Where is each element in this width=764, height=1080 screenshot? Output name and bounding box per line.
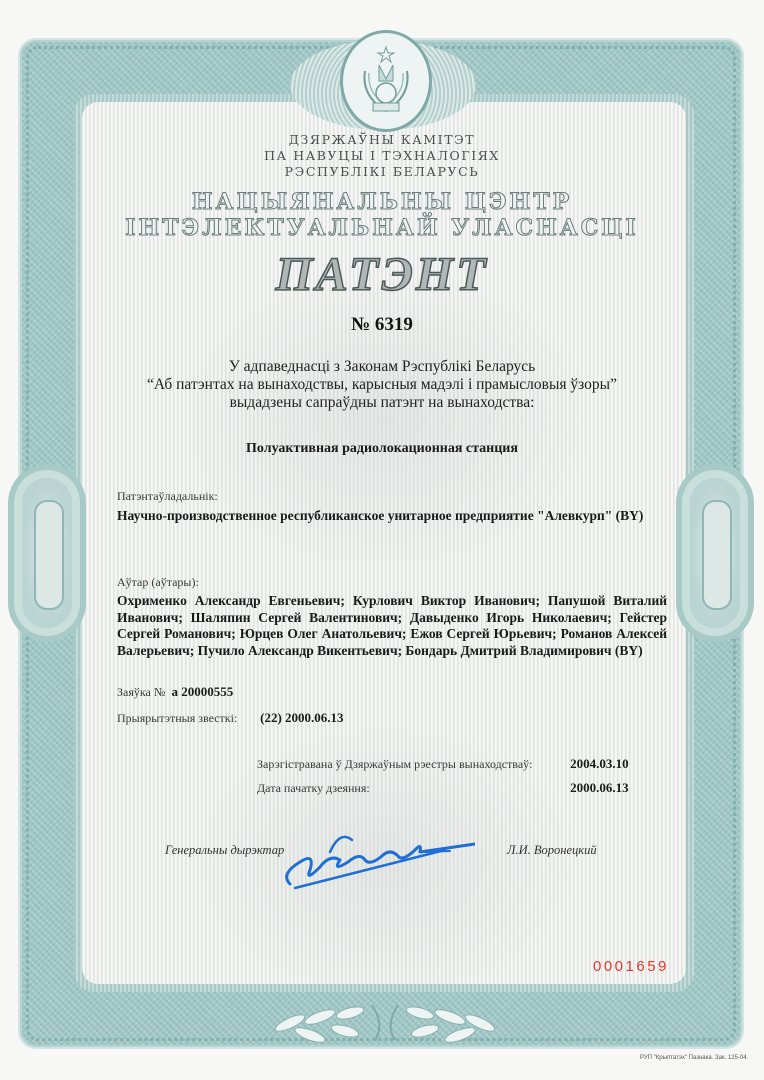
serial-number: 0001659: [593, 958, 669, 975]
director-title: Генеральны дырэктар: [165, 843, 284, 858]
belarus-coat-of-arms-icon: [340, 30, 432, 132]
printer-note: РУП "Крыптатэх" Пазнака. Зак. 125-04.: [640, 1055, 748, 1061]
law-line: У адпаведнасці з Законам Рэспублікі Бела…: [0, 358, 764, 376]
authors-value: Охрименко Александр Евгеньевич; Курлович…: [117, 593, 667, 659]
patent-holder-section: Патэнтаўладальнік: Научно-производственн…: [117, 489, 667, 525]
application-label: Заяўка №: [117, 685, 165, 699]
law-line: выдадзены сапраўдны патэнт на вынаходств…: [0, 394, 764, 412]
patent-holder-label: Патэнтаўладальнік:: [117, 489, 667, 504]
committee-line: ПА НАВУЦЫ І ТЭХНАЛОГІЯХ: [0, 148, 764, 164]
patent-holder-value: Научно-производственное республиканское …: [117, 508, 667, 525]
authors-section: Аўтар (аўтары): Охрименко Александр Евге…: [117, 575, 667, 659]
patent-number: № 6319: [0, 314, 764, 336]
law-line: “Аб патэнтах на вынаходствы, карысныя ма…: [0, 376, 764, 394]
right-medallion-ornament: [690, 478, 740, 628]
application-number: a 20000555: [172, 684, 234, 699]
registration-row: Зарэгістравана ў Дзяржаўным рэестры вына…: [257, 756, 667, 772]
left-medallion-ornament: [22, 478, 72, 628]
director-name: Л.И. Воронецкий: [507, 843, 597, 858]
invention-title: Полуактивная радиолокационная станция: [0, 441, 764, 457]
law-statement: У адпаведнасці з Законам Рэспублікі Бела…: [0, 358, 764, 412]
start-date-row: Дата пачатку дзеяння: 2000.06.13: [257, 780, 667, 796]
patent-title: ПАТЭНТ: [0, 247, 764, 302]
priority-row: Прыярытэтныя звесткі: (22) 2000.06.13: [117, 710, 667, 726]
priority-label: Прыярытэтныя звесткі:: [117, 711, 257, 726]
signature-icon: [270, 822, 475, 892]
application-row: Заяўка № a 20000555: [117, 684, 667, 700]
authors-label: Аўтар (аўтары):: [117, 575, 667, 590]
committee-line: РЭСПУБЛІКІ БЕЛАРУСЬ: [0, 164, 764, 180]
center-line: НАЦЫЯНАЛЬНЫ ЦЭНТР: [0, 189, 764, 215]
laurel-wreath-ornament-icon: [250, 995, 520, 1050]
ip-center-heading: НАЦЫЯНАЛЬНЫ ЦЭНТР ІНТЭЛЕКТУАЛЬНАЙ УЛАСНА…: [0, 189, 764, 241]
start-date-label: Дата пачатку дзеяння:: [257, 781, 557, 796]
start-date-value: 2000.06.13: [570, 780, 629, 795]
priority-value: (22) 2000.06.13: [260, 710, 343, 725]
committee-line: ДЗЯРЖАЎНЫ КАМІТЭТ: [0, 132, 764, 148]
committee-heading: ДЗЯРЖАЎНЫ КАМІТЭТ ПА НАВУЦЫ І ТЭХНАЛОГІЯ…: [0, 132, 764, 180]
registration-date: 2004.03.10: [570, 756, 629, 771]
center-line: ІНТЭЛЕКТУАЛЬНАЙ УЛАСНАСЦІ: [0, 215, 764, 241]
state-emblem: [290, 20, 476, 130]
registration-label: Зарэгістравана ў Дзяржаўным рэестры вына…: [257, 757, 557, 772]
